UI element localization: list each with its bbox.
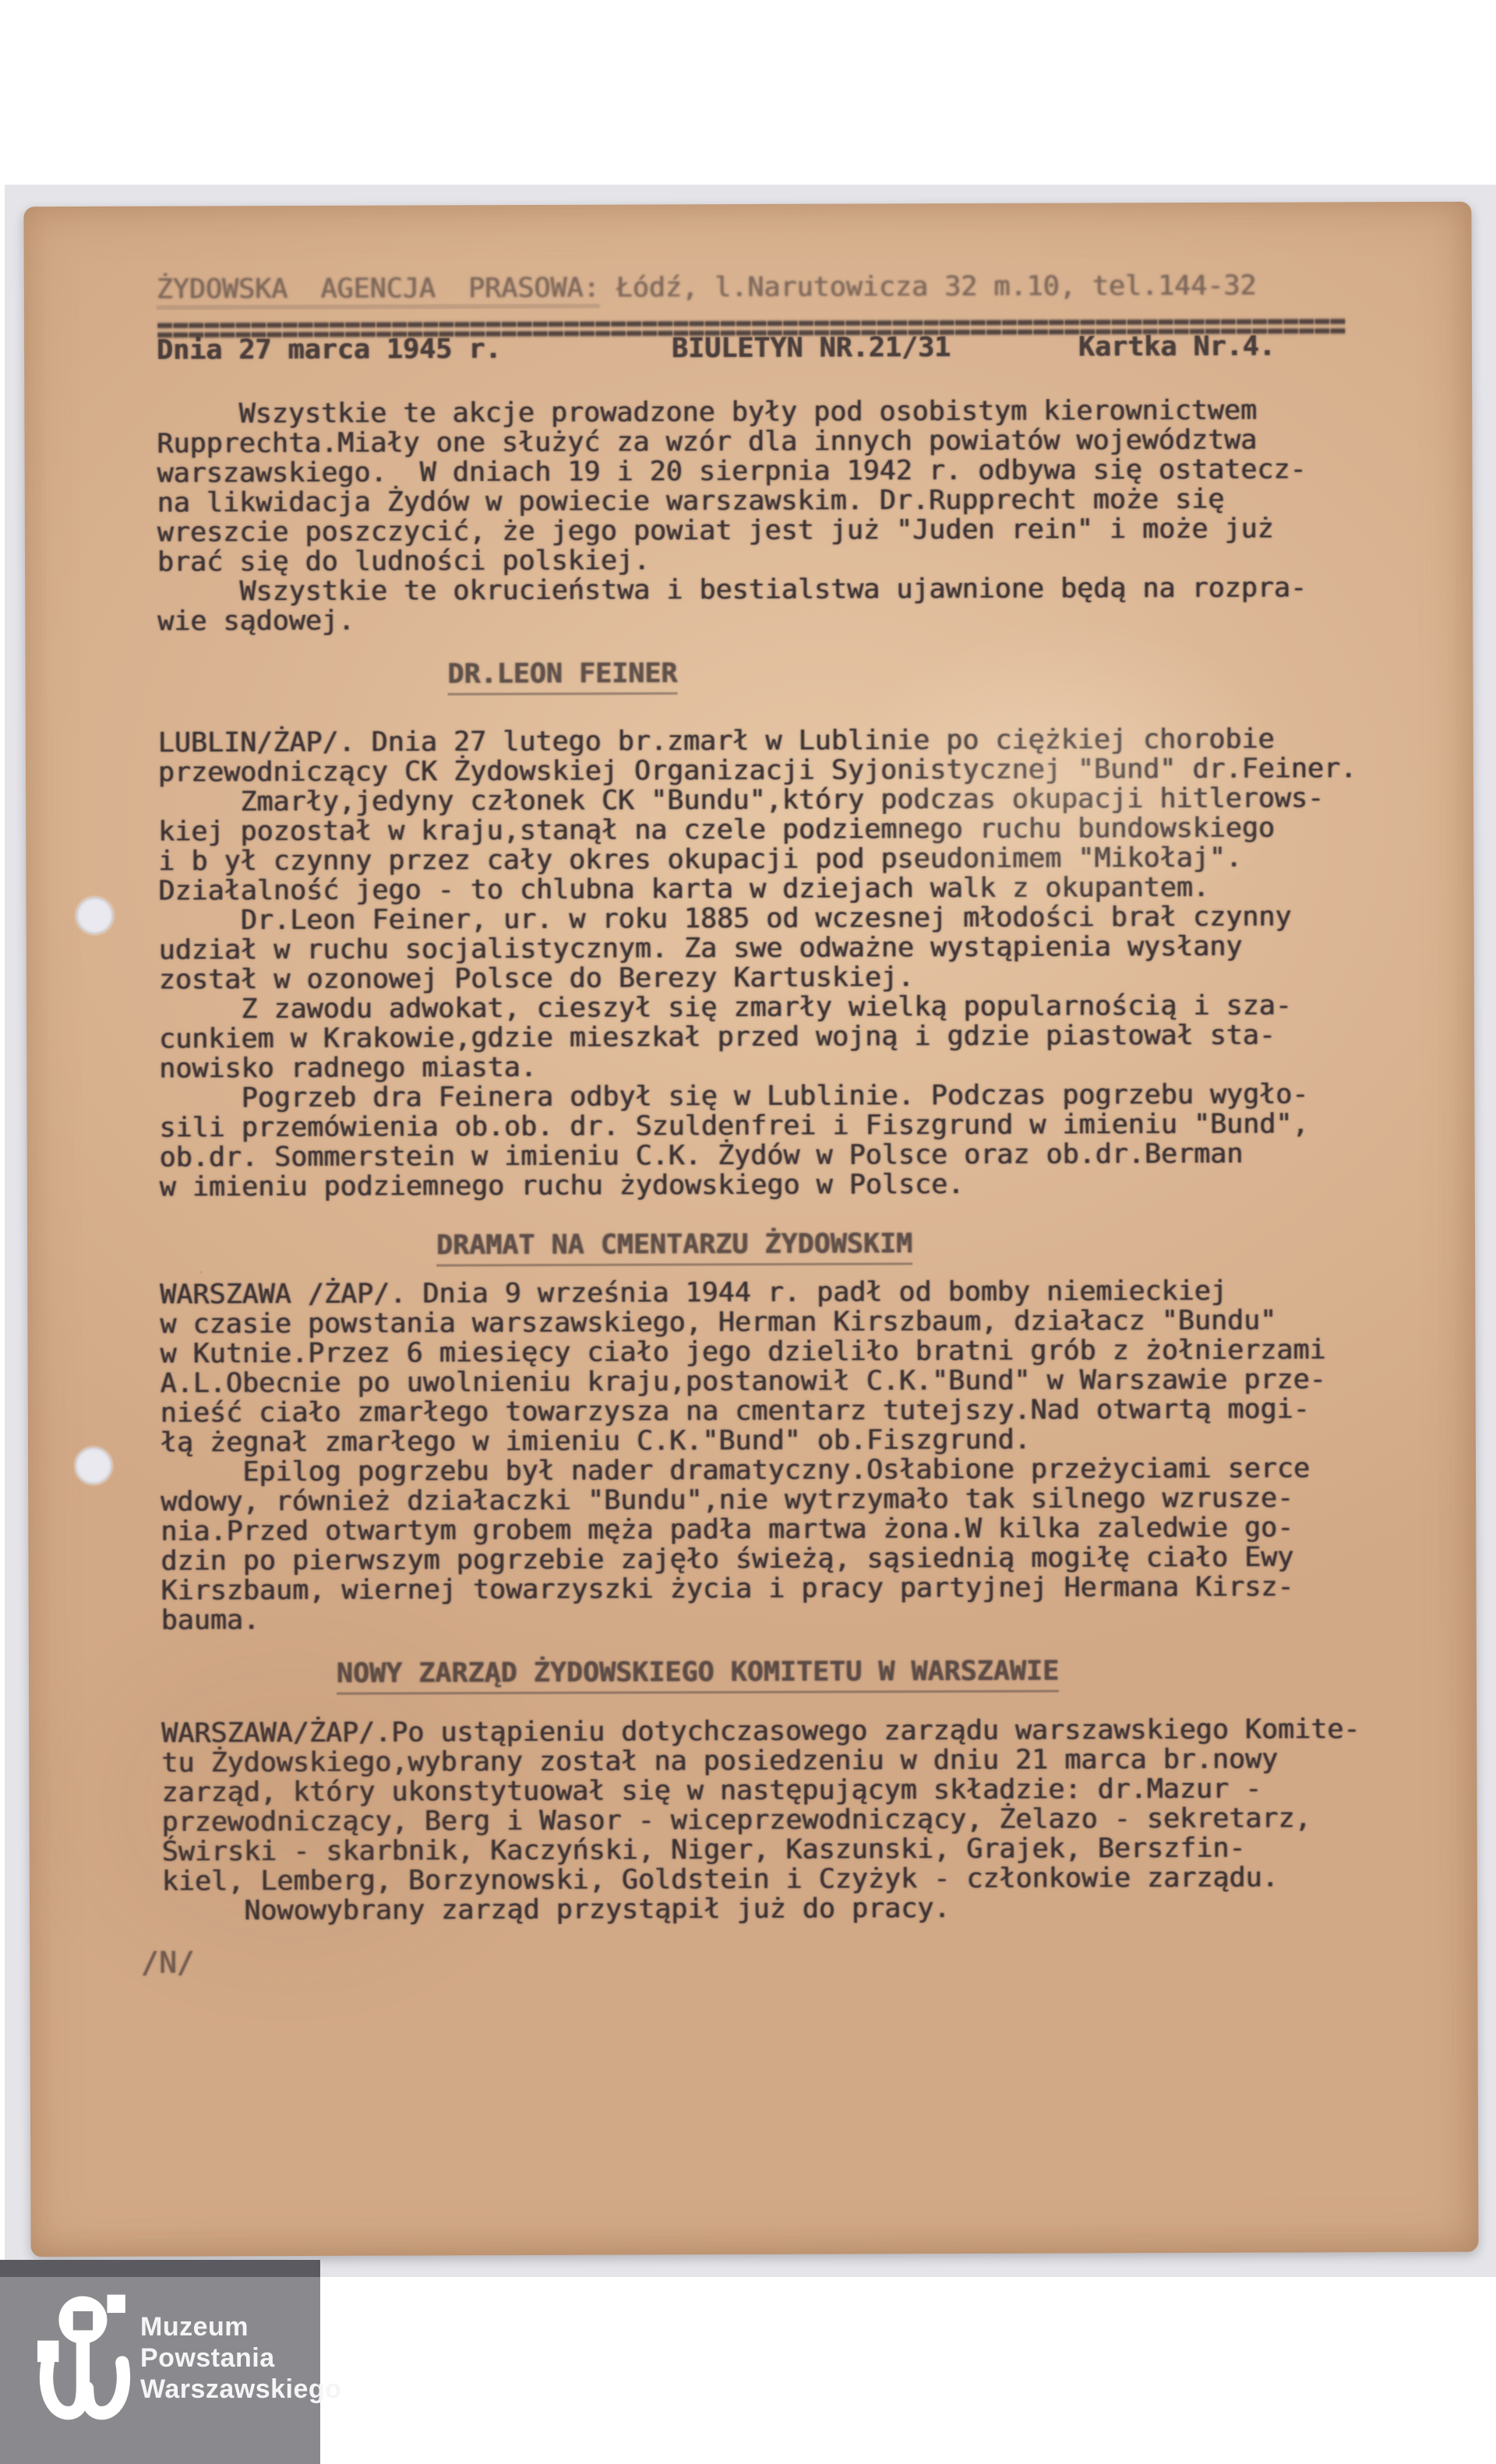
scanned-document-page: ŻYDOWSKA AGENCJA PRASOWA: Łódź, l.Naruto… — [0, 0, 1496, 2464]
bulletin-number: BIULETYN NR.21/31 — [672, 333, 951, 363]
feiner-obituary-paragraph: LUBLIN/ŻAP/. Dnia 27 lutego br.zmarł w L… — [158, 724, 1358, 1202]
date-line: Dnia 27 marca 1945 r. — [157, 334, 502, 365]
museum-logo-box: Muzeum Powstania Warszawskiego — [0, 2260, 320, 2464]
hole-punch-top — [76, 897, 114, 934]
cemetery-paragraph: WARSZAWA /ŻAP/. Dnia 9 września 1944 r. … — [160, 1276, 1327, 1635]
sheet-number: Kartka Nr.4. — [1078, 332, 1275, 362]
heading-dr-leon-feiner: DR.LEON FEINER — [447, 658, 677, 689]
board-paragraph: WARSZAWA/ŻAP/.Po ustąpieniu dotychczasow… — [161, 1714, 1360, 1926]
museum-name: Muzeum Powstania Warszawskiego — [140, 2311, 341, 2405]
hole-punch-bottom — [75, 1447, 112, 1484]
typist-initials: /N/ — [141, 1947, 195, 1977]
agency-address: Łódź, l.Narutowicza 32 m.10, tel.144-32 — [600, 270, 1257, 304]
document-scan: ŻYDOWSKA AGENCJA PRASOWA: Łódź, l.Naruto… — [23, 202, 1478, 2257]
heading-dr-leon-feiner-text: DR.LEON FEINER — [447, 658, 677, 695]
intro-paragraph: Wszystkie te akcje prowadzone były pod o… — [157, 396, 1307, 637]
agency-name: ŻYDOWSKA AGENCJA PRASOWA: — [157, 273, 600, 309]
heading-new-board-text: NOWY ZARZĄD ŻYDOWSKIEGO KOMITETU W WARSZ… — [337, 1656, 1059, 1695]
masthead: ŻYDOWSKA AGENCJA PRASOWA: Łódź, l.Naruto… — [157, 271, 1257, 305]
heading-cemetery-drama-text: DRAMAT NA CMENTARZU ŻYDOWSKIM — [436, 1228, 912, 1266]
heading-cemetery-drama: DRAMAT NA CMENTARZU ŻYDOWSKIM — [436, 1229, 912, 1260]
kotwica-anchor-icon — [37, 2288, 132, 2430]
heading-new-board: NOWY ZARZĄD ŻYDOWSKIEGO KOMITETU W WARSZ… — [337, 1657, 1059, 1689]
